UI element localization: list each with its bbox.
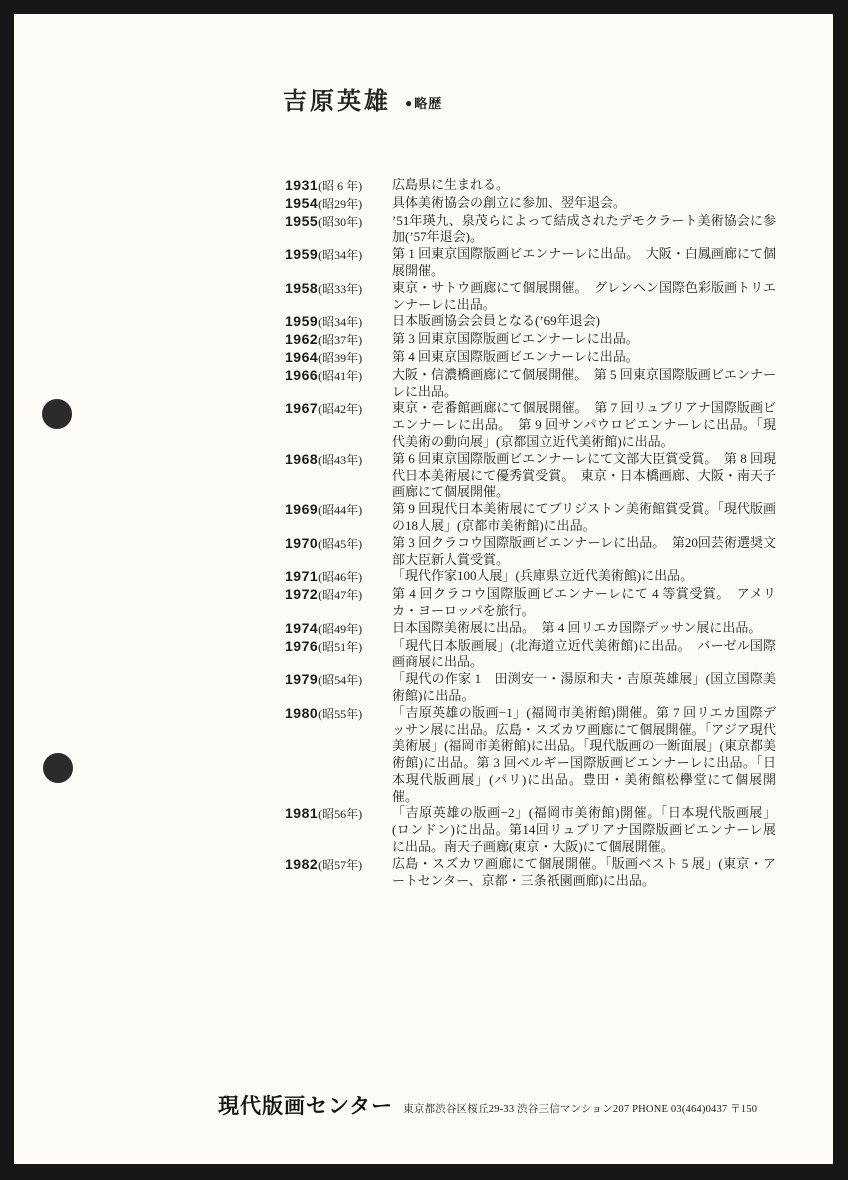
- year-label: 1964: [285, 349, 318, 365]
- era-label: (昭33年): [318, 282, 362, 296]
- year-label: 1955: [285, 213, 318, 229]
- chronology-row: 1955(昭30年) ’51年瑛九、泉茂らによって結成されたデモクラート美術協会…: [285, 213, 777, 247]
- publisher-address: 東京都渋谷区桜丘29-33 渋谷三信マンション207 PHONE 03(464)…: [403, 1105, 757, 1116]
- era-label: (昭49年): [318, 622, 362, 636]
- chronology-row: 1972(昭47年) 第 4 回クラコウ国際版画ビエンナーレにて 4 等賞受賞。…: [285, 586, 777, 620]
- year-label: 1959: [285, 246, 318, 262]
- era-label: (昭54年): [318, 673, 362, 687]
- era-label: (昭46年): [318, 570, 362, 584]
- year-cell: 1982(昭57年): [285, 856, 392, 874]
- event-text: 「現代日本版画展」(北海道立近代美術館)に出品。 バーゼル国際画商展に出品。: [392, 638, 776, 672]
- year-label: 1962: [285, 331, 318, 347]
- year-label: 1970: [285, 535, 318, 551]
- year-cell: 1931(昭 6 年): [285, 177, 392, 195]
- era-label: (昭47年): [318, 588, 362, 602]
- bullet-icon: ●: [405, 96, 413, 110]
- chronology-row: 1964(昭39年) 第 4 回東京国際版画ビエンナーレに出品。: [285, 349, 777, 367]
- event-text: 東京・壱番館画廊にて個展開催。 第 7 回リュブリアナ国際版画ビエンナーレに出品…: [392, 400, 776, 450]
- chronology-row: 1931(昭 6 年) 広島県に生まれる。: [285, 177, 777, 195]
- year-label: 1981: [285, 805, 318, 821]
- event-text: 大阪・信濃橋画廊にて個展開催。 第 5 回東京国際版画ビエンナーレに出品。: [392, 367, 776, 401]
- chronology-row: 1966(昭41年) 大阪・信濃橋画廊にて個展開催。 第 5 回東京国際版画ビエ…: [285, 367, 777, 401]
- chronology-row: 1971(昭46年) 「現代作家100人展」(兵庫県立近代美術館)に出品。: [285, 568, 777, 586]
- document-header: 吉原英雄 ● 略歴: [283, 90, 442, 114]
- section-label-text: 略歴: [414, 93, 442, 112]
- era-label: (昭34年): [318, 248, 362, 262]
- section-label: ● 略歴: [405, 93, 442, 112]
- year-label: 1982: [285, 856, 318, 872]
- chronology-row: 1979(昭54年) 「現代の作家 1 田渕安一・湯原和夫・吉原英雄展」(国立国…: [285, 671, 777, 705]
- chronology-row: 1954(昭29年) 具体美術協会の創立に参加、翌年退会。: [285, 195, 777, 213]
- year-cell: 1969(昭44年): [285, 501, 392, 519]
- chronology-row: 1969(昭44年) 第 9 回現代日本美術展にてブリジストン美術館賞受賞。「現…: [285, 501, 777, 535]
- era-label: (昭44年): [318, 503, 362, 517]
- document-footer: 現代版画センター 東京都渋谷区桜丘29-33 渋谷三信マンション207 PHON…: [218, 1096, 798, 1117]
- chronology-row: 1967(昭42年) 東京・壱番館画廊にて個展開催。 第 7 回リュブリアナ国際…: [285, 400, 777, 450]
- era-label: (昭37年): [318, 333, 362, 347]
- event-text: 第 4 回東京国際版画ビエンナーレに出品。: [392, 349, 776, 366]
- year-cell: 1968(昭43年): [285, 451, 392, 469]
- event-text: 「吉原英雄の版画−2」(福岡市美術館)開催。「日本現代版画展」(ロンドン)に出品…: [392, 805, 776, 855]
- event-text: 第 4 回クラコウ国際版画ビエンナーレにて 4 等賞受賞。 アメリカ・ヨーロッパ…: [392, 586, 776, 620]
- era-label: (昭57年): [318, 858, 362, 872]
- publisher-logo: 現代版画センター: [218, 1096, 393, 1117]
- year-label: 1954: [285, 195, 318, 211]
- year-cell: 1962(昭37年): [285, 331, 392, 349]
- chronology-list: 1931(昭 6 年) 広島県に生まれる。 1954(昭29年) 具体美術協会の…: [285, 177, 777, 889]
- year-cell: 1959(昭34年): [285, 246, 392, 264]
- year-cell: 1967(昭42年): [285, 400, 392, 418]
- event-text: 具体美術協会の創立に参加、翌年退会。: [392, 195, 776, 212]
- chronology-row: 1970(昭45年) 第 3 回クラコウ国際版画ビエンナーレに出品。 第20回芸…: [285, 535, 777, 569]
- year-cell: 1958(昭33年): [285, 280, 392, 298]
- era-label: (昭39年): [318, 351, 362, 365]
- event-text: 広島・スズカワ画廊にて個展開催。「版画ベスト 5 展」(東京・アートセンター、京…: [392, 856, 776, 890]
- chronology-row: 1980(昭55年) 「吉原英雄の版画−1」(福岡市美術館)開催。第 7 回リエ…: [285, 705, 777, 806]
- year-label: 1971: [285, 568, 318, 584]
- event-text: 「現代の作家 1 田渕安一・湯原和夫・吉原英雄展」(国立国際美術館)に出品。: [392, 671, 776, 705]
- year-label: 1974: [285, 620, 318, 636]
- event-text: 日本国際美術展に出品。 第 4 回リエカ国際デッサン展に出品。: [392, 620, 776, 637]
- era-label: (昭55年): [318, 707, 362, 721]
- punch-hole-top: [42, 399, 72, 429]
- era-label: (昭 6 年): [318, 179, 362, 193]
- era-label: (昭51年): [318, 640, 362, 654]
- era-label: (昭34年): [318, 315, 362, 329]
- year-label: 1969: [285, 501, 318, 517]
- year-label: 1976: [285, 638, 318, 654]
- era-label: (昭56年): [318, 807, 362, 821]
- year-cell: 1954(昭29年): [285, 195, 392, 213]
- chronology-row: 1958(昭33年) 東京・サトウ画廊にて個展開催。 グレンヘン国際色彩版画トリ…: [285, 280, 777, 314]
- era-label: (昭45年): [318, 537, 362, 551]
- scanned-document: { "header": { "artist_name": "吉原英雄", "bu…: [0, 0, 848, 1180]
- event-text: 第 1 回東京国際版画ビエンナーレに出品。 大阪・白鳳画廊にて個展開催。: [392, 246, 776, 280]
- event-text: ’51年瑛九、泉茂らによって結成されたデモクラート美術協会に参加(’57年退会)…: [392, 213, 776, 247]
- event-text: 第 3 回東京国際版画ビエンナーレに出品。: [392, 331, 776, 348]
- year-label: 1972: [285, 586, 318, 602]
- chronology-row: 1968(昭43年) 第 6 回東京国際版画ビエンナーレにて文部大臣賞受賞。 第…: [285, 451, 777, 501]
- year-cell: 1971(昭46年): [285, 568, 392, 586]
- year-label: 1931: [285, 177, 318, 193]
- era-label: (昭43年): [318, 453, 362, 467]
- chronology-row: 1974(昭49年) 日本国際美術展に出品。 第 4 回リエカ国際デッサン展に出…: [285, 620, 777, 638]
- event-text: 第 9 回現代日本美術展にてブリジストン美術館賞受賞。「現代版画の18人展」(京…: [392, 501, 776, 535]
- event-text: 第 3 回クラコウ国際版画ビエンナーレに出品。 第20回芸術選奨文部大臣新人賞受…: [392, 535, 776, 569]
- artist-name: 吉原英雄: [283, 90, 391, 114]
- year-cell: 1979(昭54年): [285, 671, 392, 689]
- chronology-row: 1959(昭34年) 第 1 回東京国際版画ビエンナーレに出品。 大阪・白鳳画廊…: [285, 246, 777, 280]
- year-cell: 1981(昭56年): [285, 805, 392, 823]
- year-label: 1980: [285, 705, 318, 721]
- event-text: 日本版画協会会員となる(’69年退会): [392, 313, 776, 330]
- year-cell: 1955(昭30年): [285, 213, 392, 231]
- event-text: 「吉原英雄の版画−1」(福岡市美術館)開催。第 7 回リエカ国際デッサン展に出品…: [392, 705, 776, 806]
- year-cell: 1966(昭41年): [285, 367, 392, 385]
- year-label: 1959: [285, 313, 318, 329]
- event-text: 広島県に生まれる。: [392, 177, 776, 194]
- chronology-row: 1976(昭51年) 「現代日本版画展」(北海道立近代美術館)に出品。 バーゼル…: [285, 638, 777, 672]
- punch-hole-bottom: [43, 753, 73, 783]
- year-cell: 1980(昭55年): [285, 705, 392, 723]
- year-label: 1966: [285, 367, 318, 383]
- chronology-row: 1962(昭37年) 第 3 回東京国際版画ビエンナーレに出品。: [285, 331, 777, 349]
- event-text: 東京・サトウ画廊にて個展開催。 グレンヘン国際色彩版画トリエンナーレに出品。: [392, 280, 776, 314]
- chronology-row: 1959(昭34年) 日本版画協会会員となる(’69年退会): [285, 313, 777, 331]
- year-cell: 1970(昭45年): [285, 535, 392, 553]
- year-cell: 1974(昭49年): [285, 620, 392, 638]
- era-label: (昭41年): [318, 369, 362, 383]
- year-cell: 1976(昭51年): [285, 638, 392, 656]
- era-label: (昭29年): [318, 197, 362, 211]
- year-cell: 1972(昭47年): [285, 586, 392, 604]
- era-label: (昭42年): [318, 402, 362, 416]
- year-label: 1979: [285, 671, 318, 687]
- era-label: (昭30年): [318, 215, 362, 229]
- chronology-row: 1982(昭57年) 広島・スズカワ画廊にて個展開催。「版画ベスト 5 展」(東…: [285, 856, 777, 890]
- chronology-row: 1981(昭56年) 「吉原英雄の版画−2」(福岡市美術館)開催。「日本現代版画…: [285, 805, 777, 855]
- year-label: 1958: [285, 280, 318, 296]
- document-page: 吉原英雄 ● 略歴 1931(昭 6 年) 広島県に生まれる。 1954(昭29…: [14, 14, 833, 1164]
- year-cell: 1964(昭39年): [285, 349, 392, 367]
- year-label: 1968: [285, 451, 318, 467]
- year-cell: 1959(昭34年): [285, 313, 392, 331]
- year-label: 1967: [285, 400, 318, 416]
- event-text: 第 6 回東京国際版画ビエンナーレにて文部大臣賞受賞。 第 8 回現代日本美術展…: [392, 451, 776, 501]
- event-text: 「現代作家100人展」(兵庫県立近代美術館)に出品。: [392, 568, 776, 585]
